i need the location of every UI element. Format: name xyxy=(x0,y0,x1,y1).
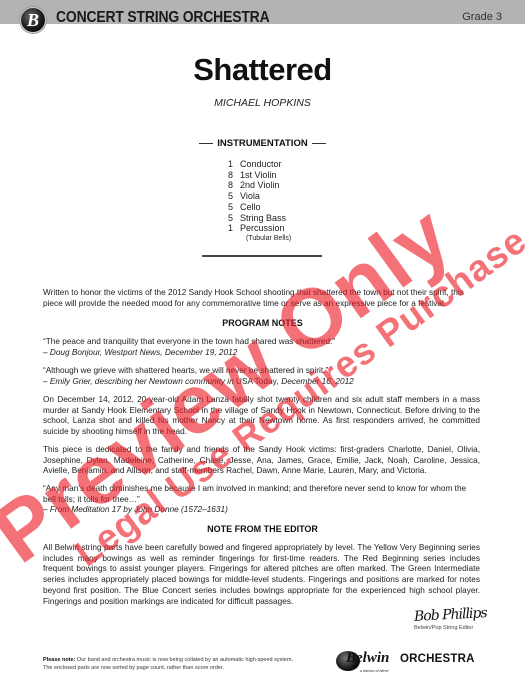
instrument-row: 81st Violin xyxy=(228,170,291,181)
composer-name: MICHAEL HOPKINS xyxy=(0,97,525,109)
instrument-count: 5 xyxy=(228,191,240,202)
quote-1-text: “The peace and tranquility that everyone… xyxy=(43,337,480,348)
instrument-count: 8 xyxy=(228,170,240,181)
instrumentation-heading: INSTRUMENTATION xyxy=(0,138,525,149)
editor-note-text: All Belwin string parts have been carefu… xyxy=(43,543,480,607)
instrument-count: 5 xyxy=(228,202,240,213)
instrument-name: Cello xyxy=(240,202,261,213)
belwin-logo-icon: B xyxy=(20,7,46,33)
series-title: CONCERT STRING ORCHESTRA xyxy=(56,9,269,27)
quote-2-attrib-prefix: – Emily Grier, describing her Newtown co… xyxy=(43,377,236,386)
quote-2-attrib-suffix: , December 16, 2012 xyxy=(277,377,354,386)
editor-signature-title: Belwin/Pop String Editor xyxy=(414,625,473,631)
footer-note: Please note: Our band and orchestra musi… xyxy=(43,657,293,672)
instrument-count: 1 xyxy=(228,159,240,170)
quote-3: “Any man’s death diminishes me because I… xyxy=(43,484,480,516)
instrument-row: 1Percussion xyxy=(228,223,291,234)
instrument-row: 5Cello xyxy=(228,202,291,213)
instrumentation-divider xyxy=(202,255,322,257)
paragraph-event: On December 14, 2012, 20-year-old Adam L… xyxy=(43,395,480,438)
quote-2-publication: USA Today xyxy=(236,377,277,386)
instrument-row: 5Viola xyxy=(228,191,291,202)
instrument-name: 2nd Violin xyxy=(240,180,279,191)
quote-2-text: “Although we grieve with shattered heart… xyxy=(43,366,480,377)
publisher-orchestra: ORCHESTRA xyxy=(400,653,475,665)
dash-right xyxy=(312,143,326,144)
program-notes-heading: PROGRAM NOTES xyxy=(0,318,525,328)
instrument-count: 8 xyxy=(228,180,240,191)
quote-2: “Although we grieve with shattered heart… xyxy=(43,366,480,387)
instrument-count: 5 xyxy=(228,213,240,224)
footer-note-line-2: The enclosed parts are now sorted by pag… xyxy=(43,665,293,673)
grade-label: Grade 3 xyxy=(462,11,502,23)
quote-2-attribution: – Emily Grier, describing her Newtown co… xyxy=(43,377,480,388)
percussion-note: (Tubular Bells) xyxy=(228,234,291,243)
editor-note-heading: NOTE FROM THE EDITOR xyxy=(0,524,525,534)
instrument-name: Conductor xyxy=(240,159,282,170)
piece-title: Shattered xyxy=(0,52,525,88)
quote-1: “The peace and tranquility that everyone… xyxy=(43,337,480,358)
instrument-name: Percussion xyxy=(240,223,285,234)
publisher-subtitle: a division of Alfred xyxy=(360,669,388,673)
instrumentation-list: 1Conductor 81st Violin 82nd Violin 5Viol… xyxy=(228,159,291,243)
instrument-row: 1Conductor xyxy=(228,159,291,170)
intro-paragraph: Written to honor the victims of the 2012… xyxy=(43,288,480,309)
instrument-count: 1 xyxy=(228,223,240,234)
publisher-name: Belwin xyxy=(346,650,389,667)
quote-3-text: “Any man’s death diminishes me because I… xyxy=(43,484,480,505)
dash-left xyxy=(199,143,213,144)
logo-letter: B xyxy=(27,10,39,31)
instrumentation-heading-text: INSTRUMENTATION xyxy=(217,138,307,149)
instrument-row: 82nd Violin xyxy=(228,180,291,191)
paragraph-dedication: This piece is dedicated to the family an… xyxy=(43,445,480,477)
footer-note-line-1: Our band and orchestra music is now bein… xyxy=(75,657,293,663)
instrument-name: Viola xyxy=(240,191,260,202)
quote-1-attribution: – Doug Bonjour, Westport News, December … xyxy=(43,348,480,359)
instrument-name: 1st Violin xyxy=(240,170,276,181)
instrument-name: String Bass xyxy=(240,213,286,224)
footer-note-label: Please note: xyxy=(43,657,75,663)
editor-signature: Bob Phillips xyxy=(414,605,487,625)
quote-3-attribution: – From Meditation 17 by John Donne (1572… xyxy=(43,505,480,516)
instrument-row: 5String Bass xyxy=(228,213,291,224)
